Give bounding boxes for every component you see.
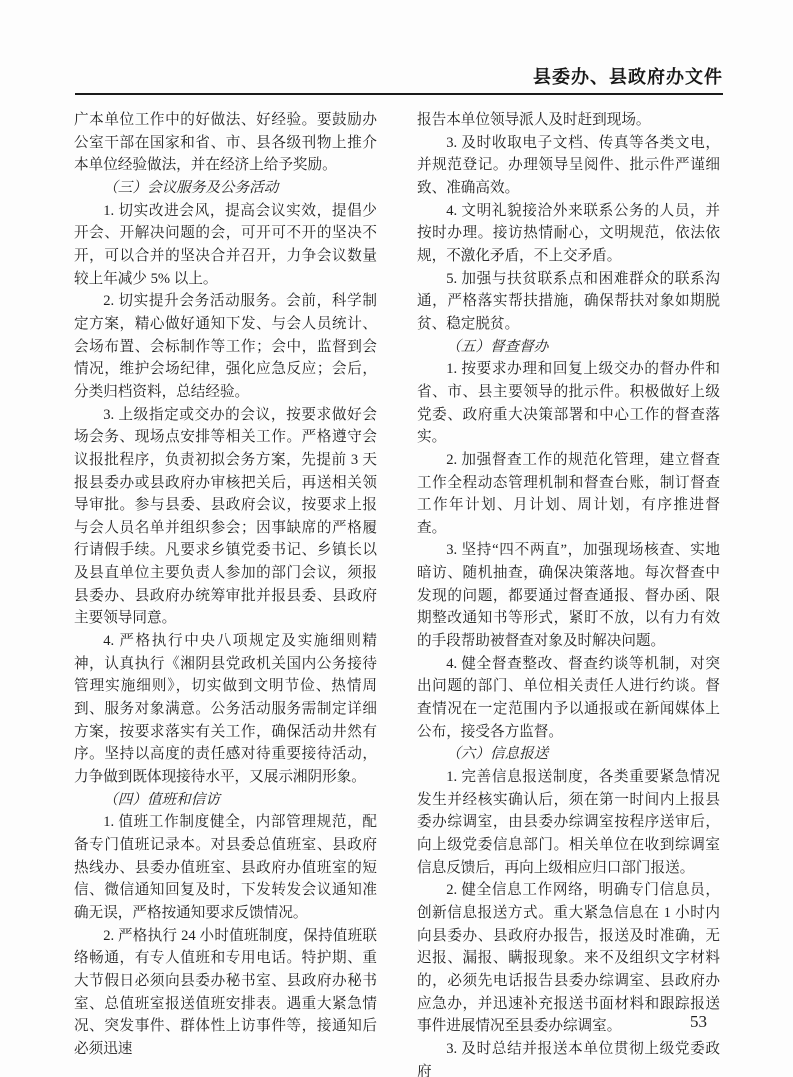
body-paragraph: 2. 切实提升会务活动服务。会前，科学制定方案，精心做好通知下发、与会人员统计、… [74,290,377,403]
body-paragraph: 报告本单位领导派人及时赶到现场。 [417,109,720,132]
body-paragraph: 2. 加强督查工作的规范化管理，建立督查工作全程动态管理机制和督查台账，制订督查… [417,449,720,540]
document-page: 县委办、县政府办文件 广本单位工作中的好做法、好经验。要鼓励办公室干部在国家和省… [0,0,793,1077]
body-paragraph: 5. 加强与扶贫联系点和困难群众的联系沟通，严格落实帮扶措施，确保帮扶对象如期脱… [417,268,720,336]
body-paragraph: 3. 及时总结并报送本单位贯彻上级党委政府 [417,1038,720,1077]
body-paragraph: 4. 健全督查整改、督查约谈等机制，对突出问题的部门、单位相关责任人进行约谈。督… [417,653,720,744]
body-paragraph: 3. 上级指定或交办的会议，按要求做好会场会务、现场点安排等相关工作。严格遵守会… [74,404,377,631]
page-header-title: 县委办、县政府办文件 [533,66,723,88]
section-heading: （四）值班和信访 [74,789,377,812]
right-column: 报告本单位领导派人及时赶到现场。3. 及时收取电子文档、传真等各类文电，并规范登… [417,109,720,1077]
body-paragraph: 3. 及时收取电子文档、传真等各类文电，并规范登记。办理领导呈阅件、批示件严谨细… [417,132,720,200]
body-paragraph: 1. 按要求办理和回复上级交办的督办件和省、市、县主要领导的批示件。积极做好上级… [417,358,720,449]
two-column-body: 广本单位工作中的好做法、好经验。要鼓励办公室干部在国家和省、市、县各级刊物上推介… [74,109,720,1077]
left-column: 广本单位工作中的好做法、好经验。要鼓励办公室干部在国家和省、市、县各级刊物上推介… [74,109,377,1077]
header-rule [75,93,723,95]
body-paragraph: 1. 切实改进会风，提高会议实效，提倡少开会、开解决问题的会，可开可不开的坚决不… [74,200,377,291]
body-paragraph: 4. 文明礼貌接洽外来联系公务的人员，并按时办理。接访热情耐心，文明规范，依法依… [417,200,720,268]
section-heading: （六）信息报送 [417,743,720,766]
body-paragraph: 2. 健全信息工作网络，明确专门信息员，创新信息报送方式。重大紧急信息在 1 小… [417,879,720,1038]
body-paragraph: 1. 完善信息报送制度，各类重要紧急情况发生并经核实确认后，须在第一时间内上报县… [417,766,720,879]
body-paragraph: 4. 严格执行中央八项规定及实施细则精神，认真执行《湘阴县党政机关国内公务接待管… [74,630,377,789]
section-heading: （五）督查督办 [417,336,720,359]
body-paragraph: 1. 值班工作制度健全，内部管理规范，配备专门值班记录本。对县委总值班室、县政府… [74,811,377,924]
body-paragraph: 2. 严格执行 24 小时值班制度，保持值班联络畅通，有专人值班和专用电话。特护… [74,925,377,1061]
section-heading: （三）会议服务及公务活动 [74,177,377,200]
body-paragraph: 广本单位工作中的好做法、好经验。要鼓励办公室干部在国家和省、市、县各级刊物上推介… [74,109,377,177]
body-paragraph: 3. 坚持“四不两直”，加强现场核查、实地暗访、随机抽查，确保决策落地。每次督查… [417,539,720,652]
page-number: 53 [690,1011,707,1033]
